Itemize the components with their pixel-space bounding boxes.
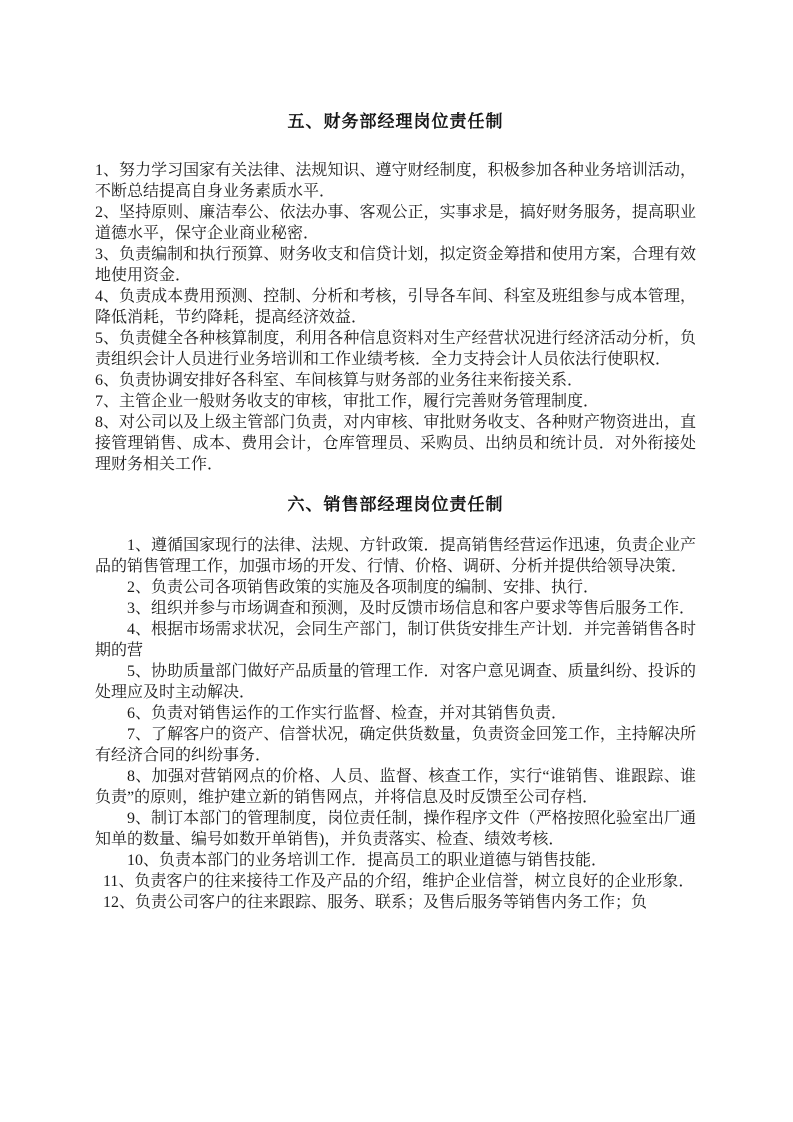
paragraph: 1、遵循国家现行的法律、法规、方针政策．提高销售经营运作迅速，负责企业产品的销售…: [95, 535, 696, 577]
paragraph: 7、主管企业一般财务收支的审核，审批工作，履行完善财务管理制度．: [95, 391, 696, 412]
paragraph: 2、坚持原则、廉洁奉公、依法办事、客观公正，实事求是，搞好财务服务，提高职业道德…: [95, 202, 696, 244]
paragraph: 4、负责成本费用预测、控制、分析和考核，引导各车间、科室及班组参与成本管理，降低…: [95, 286, 696, 328]
section-title: 五、财务部经理岗位责任制: [95, 111, 696, 133]
paragraph: 8、加强对营销网点的价格、人员、监督、核查工作，实行“谁销售、谁跟踪、谁负责”的…: [95, 766, 696, 808]
paragraph: 10、负责本部门的业务培训工作．提高员工的职业道德与销售技能．: [95, 850, 696, 871]
paragraph: 3、负责编制和执行预算、财务收支和信贷计划，拟定资金筹措和使用方案，合理有效地使…: [95, 244, 696, 286]
paragraph: 9、制订本部门的管理制度，岗位责任制，操作程序文件（严格按照化验室出厂通知单的数…: [95, 808, 696, 850]
paragraph: 3、组织并参与市场调查和预测，及时反馈市场信息和客户要求等售后服务工作．: [95, 598, 696, 619]
paragraph: 6、负责协调安排好各科室、车间核算与财务部的业务往来衔接关系．: [95, 370, 696, 391]
document-body: 五、财务部经理岗位责任制1、努力学习国家有关法律、法规知识、遵守财经制度，积极参…: [95, 111, 696, 913]
paragraph: 5、协助质量部门做好产品质量的管理工作．对客户意见调查、质量纠纷、投诉的处理应及…: [95, 661, 696, 703]
paragraph: 7、了解客户的资产、信誉状况，确定供货数量，负责资金回笼工作，主持解决所有经济合…: [95, 724, 696, 766]
paragraph: 8、对公司以及上级主管部门负责，对内审核、审批财务收支、各种财产物资进出，直接管…: [95, 412, 696, 475]
paragraph: 12、负责公司客户的往来跟踪、服务、联系；及售后服务等销售内务工作；负: [95, 892, 696, 913]
section: 六、销售部经理岗位责任制1、遵循国家现行的法律、法规、方针政策．提高销售经营运作…: [95, 494, 696, 913]
paragraph: 11、负责客户的往来接待工作及产品的介绍，维护企业信誉，树立良好的企业形象．: [95, 871, 696, 892]
section-title: 六、销售部经理岗位责任制: [95, 494, 696, 516]
document-page: 五、财务部经理岗位责任制1、努力学习国家有关法律、法规知识、遵守财经制度，积极参…: [0, 0, 793, 1122]
paragraph: 5、负责健全各种核算制度，利用各种信息资料对生产经营状况进行经济活动分析，负责组…: [95, 328, 696, 370]
paragraph: 2、负责公司各项销售政策的实施及各项制度的编制、安排、执行．: [95, 577, 696, 598]
section: 五、财务部经理岗位责任制1、努力学习国家有关法律、法规知识、遵守财经制度，积极参…: [95, 111, 696, 475]
paragraph: 4、根据市场需求状况，会同生产部门，制订供货安排生产计划．并完善销售各时期的营: [95, 619, 696, 661]
paragraph: 1、努力学习国家有关法律、法规知识、遵守财经制度，积极参加各种业务培训活动，不断…: [95, 160, 696, 202]
paragraph: 6、负责对销售运作的工作实行监督、检查，并对其销售负责．: [95, 703, 696, 724]
